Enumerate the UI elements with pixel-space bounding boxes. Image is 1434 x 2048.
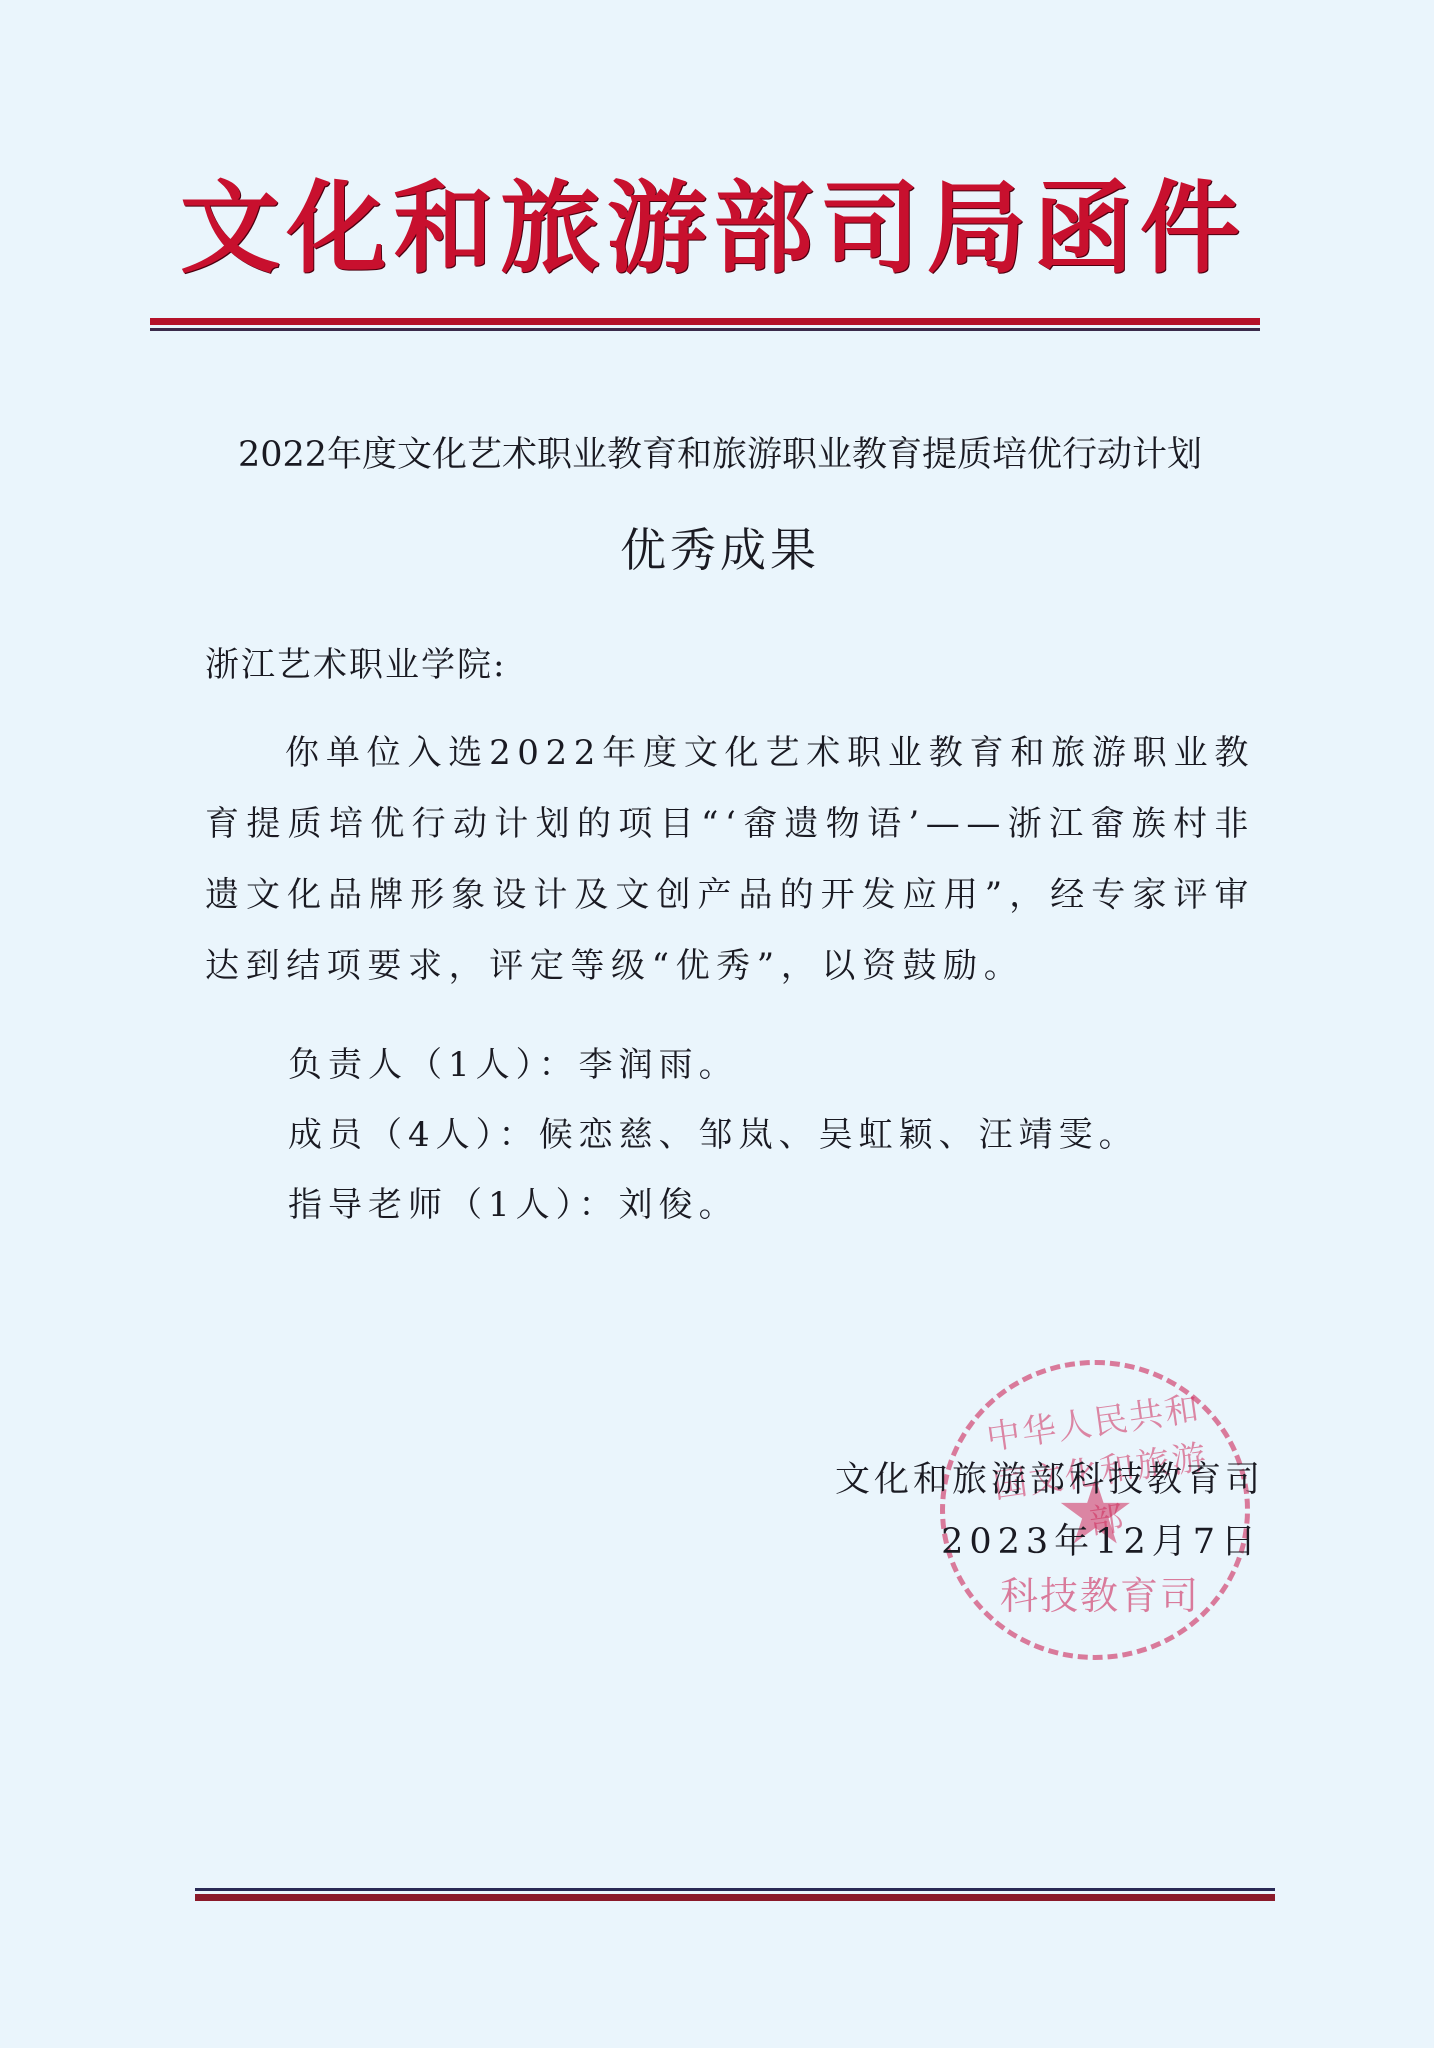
official-seal: 中华人民共和国文化和旅游部 ★ 科技教育司 (940, 1360, 1250, 1660)
letterhead-char: 函 (1033, 168, 1133, 288)
issuer: 文化和旅游部科技教育司 (835, 1455, 1264, 1505)
letterhead-char: 游 (607, 168, 707, 288)
divider-thin-line (150, 328, 1260, 331)
divider-thick-line (195, 1894, 1275, 1901)
letterhead-char: 司 (820, 168, 920, 288)
letterhead-char: 件 (1140, 168, 1240, 288)
letterhead-divider (150, 318, 1260, 331)
project-leader: 负责人（1人）：李润雨。 (288, 1030, 1139, 1100)
letterhead-char: 和 (393, 168, 493, 288)
document-title: 优秀成果 (180, 520, 1260, 580)
letterhead-char: 局 (927, 168, 1027, 288)
footer-divider (195, 1888, 1275, 1901)
seal-bottom-text: 科技教育司 (995, 1565, 1205, 1620)
letterhead-char: 旅 (500, 168, 600, 288)
letterhead-char: 部 (713, 168, 813, 288)
letterhead-char: 化 (287, 168, 387, 288)
people-list: 负责人（1人）：李润雨。 成员（4人）：候恋慈、邹岚、吴虹颖、汪靖雯。 指导老师… (288, 1030, 1139, 1240)
document-subtitle: 2022年度文化艺术职业教育和旅游职业教育提质培优行动计划 (180, 430, 1260, 480)
issue-date: 2023年12月7日 (941, 1517, 1262, 1567)
project-members: 成员（4人）：候恋慈、邹岚、吴虹颖、汪靖雯。 (288, 1100, 1139, 1170)
body-paragraph: 你单位入选2022年度文化艺术职业教育和旅游职业教育提质培优行动计划的项目“‘畲… (205, 718, 1255, 1002)
letterhead-char: 文 (180, 168, 280, 288)
recipient: 浙江艺术职业学院: (205, 640, 506, 690)
divider-thick-line (150, 318, 1260, 325)
divider-thin-line (195, 1888, 1275, 1891)
letterhead-title: 文 化 和 旅 游 部 司 局 函 件 (180, 168, 1240, 288)
project-advisor: 指导老师（1人）：刘俊。 (288, 1170, 1139, 1240)
